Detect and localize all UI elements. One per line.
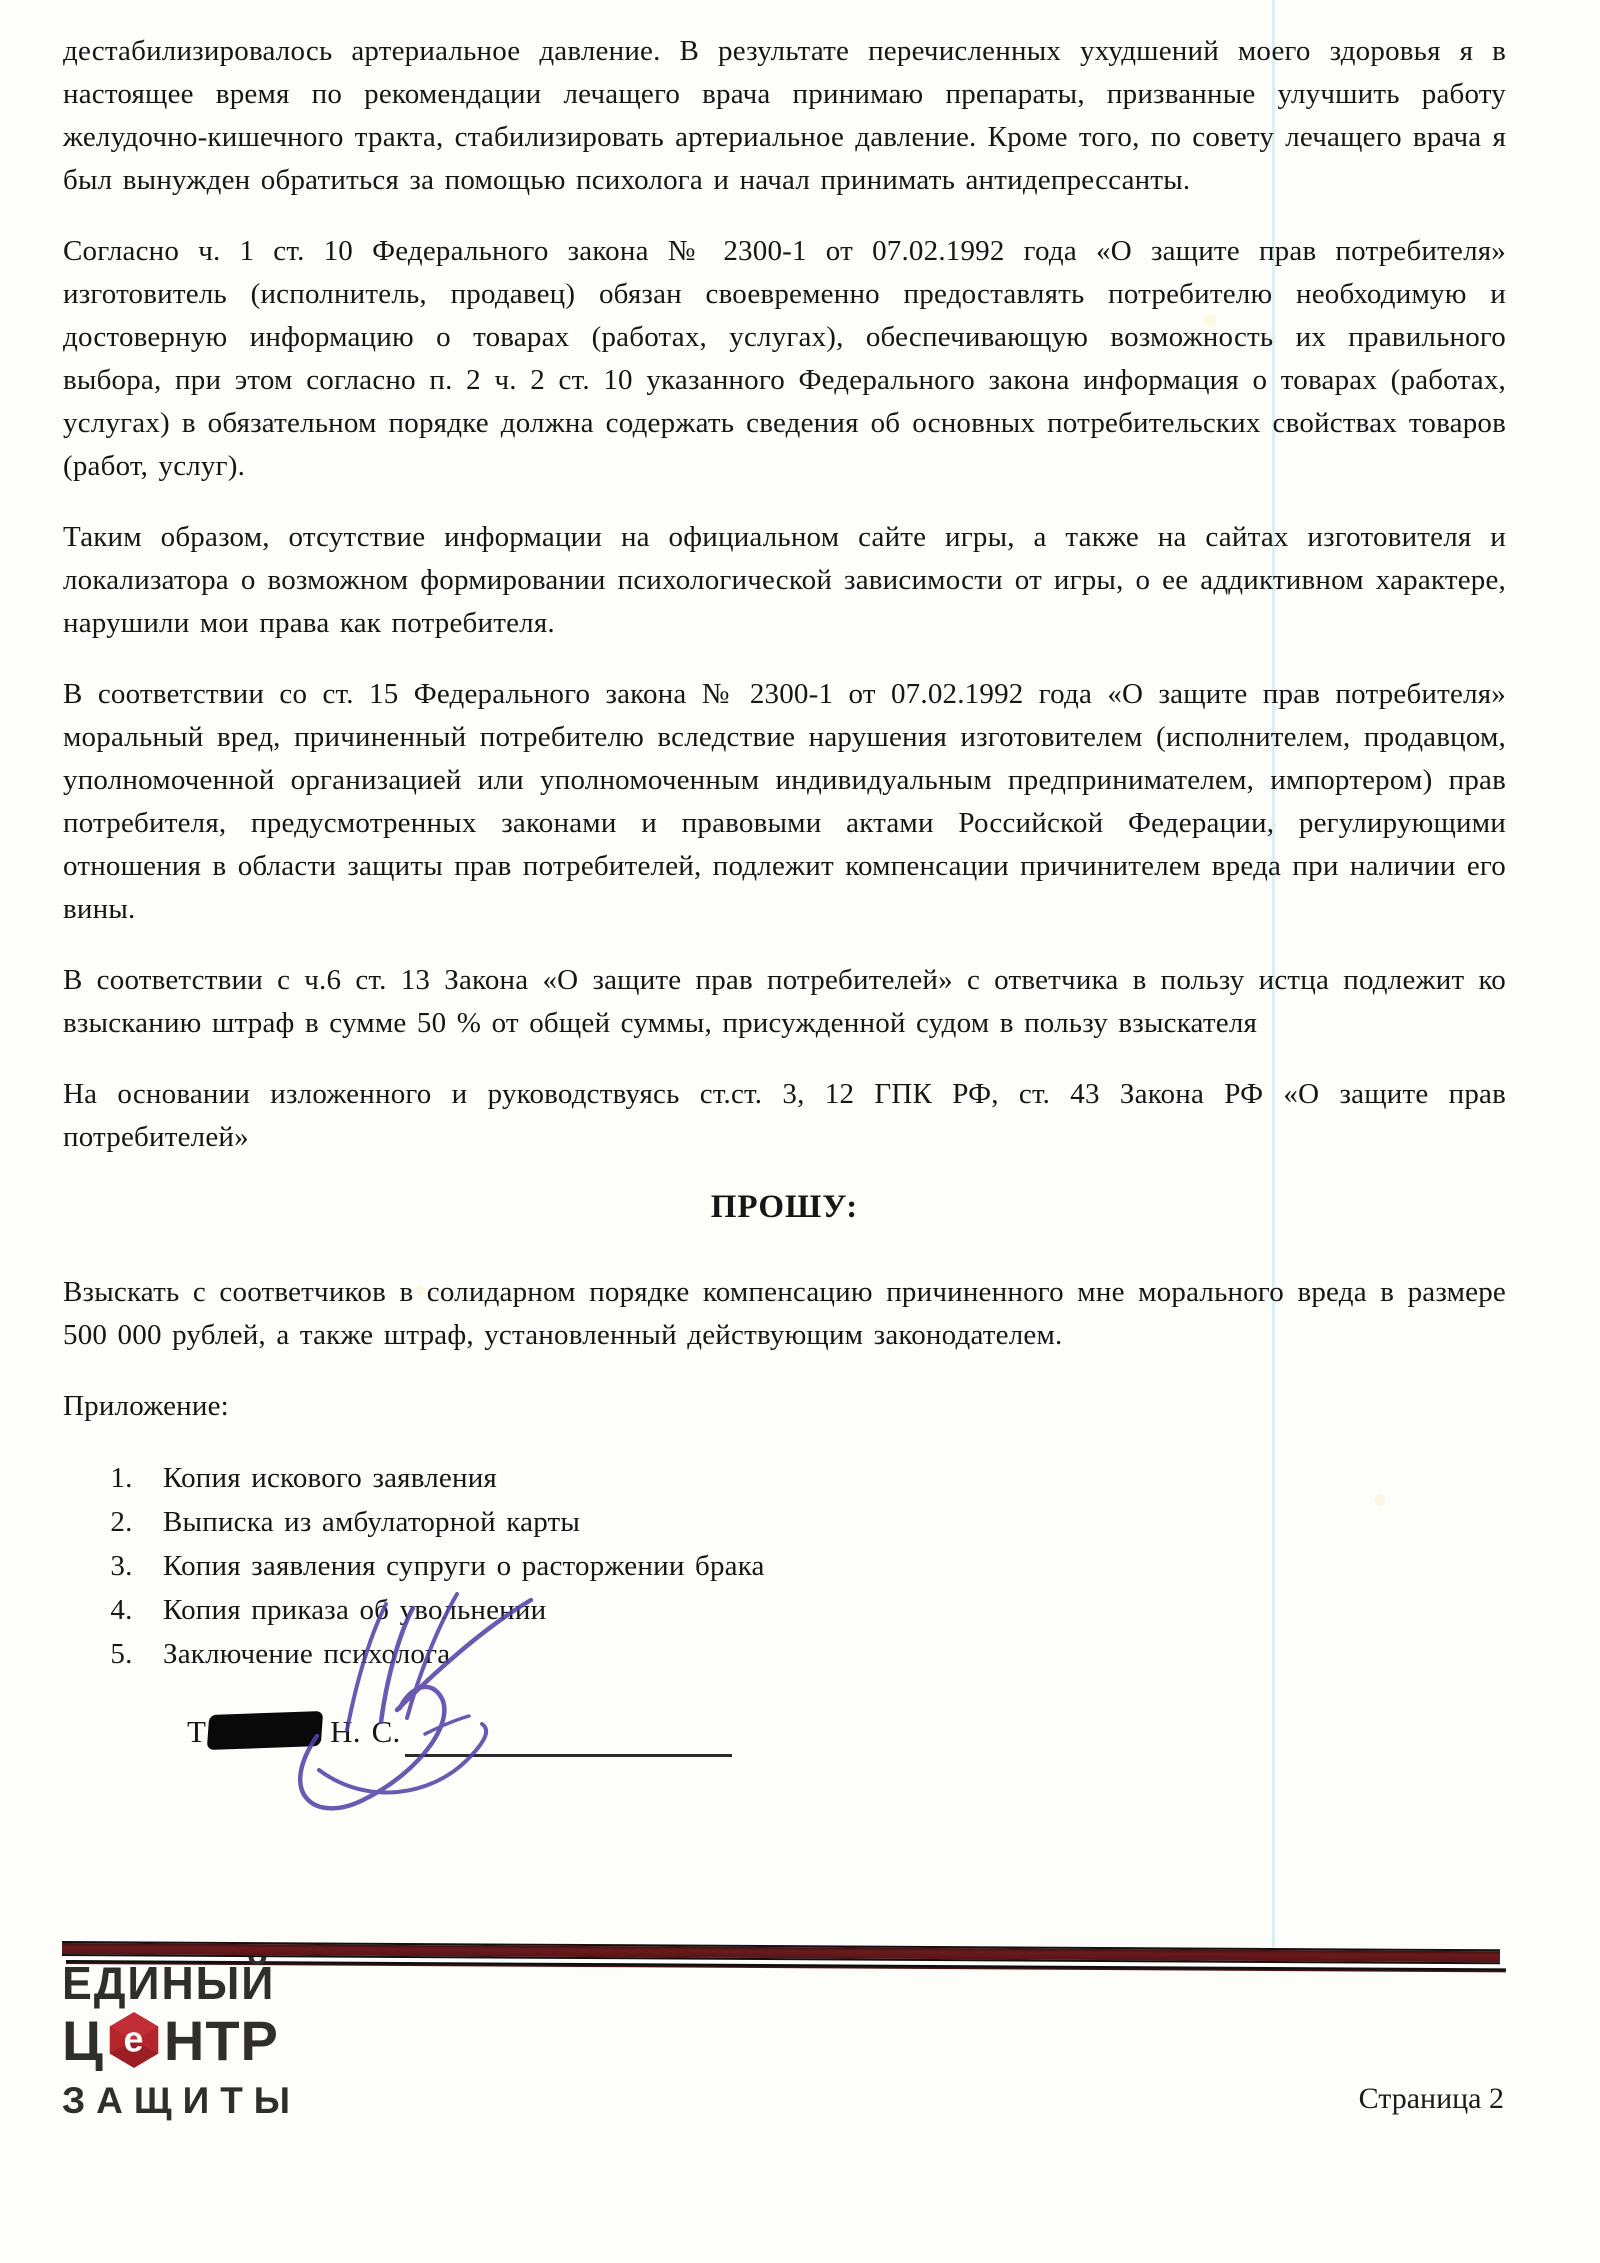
- logo-line2-after: НТР: [164, 2013, 279, 2069]
- scanned-document-page: дестабилизировалось артериальное давлени…: [0, 0, 1600, 2263]
- logo-line2-before: Ц: [62, 2013, 104, 2069]
- paragraph-law-art10: Согласно ч. 1 ст. 10 Федерального закона…: [63, 230, 1506, 488]
- hexagon-e-logo-icon: е: [107, 2010, 161, 2070]
- attachment-item: Копия искового заявления: [143, 1456, 1506, 1500]
- logo-line-3: ЗАЩИТЫ: [62, 2082, 301, 2119]
- attachment-item: Выписка из амбулаторной карты: [143, 1500, 1506, 1544]
- request-heading: ПРОШУ:: [63, 1189, 1506, 1225]
- paragraph-basis: На основании изложенного и руководствуяс…: [63, 1073, 1506, 1159]
- logo-line-2: Ц е НТР: [62, 2011, 301, 2071]
- document-body: дестабилизировалось артериальное давлени…: [63, 30, 1506, 1852]
- signatory-surname-initial: Т: [187, 1714, 206, 1749]
- logo-line-1: ЕДИНЫЙ: [62, 1960, 294, 2006]
- paragraph-violation: Таким образом, отсутствие информации на …: [63, 516, 1506, 645]
- attachments-label: Приложение:: [63, 1385, 1506, 1428]
- paragraph-law-art15: В соответствии со ст. 15 Федерального за…: [63, 673, 1506, 931]
- attachment-item: Копия заявления супруги о расторжении бр…: [143, 1544, 1506, 1588]
- paragraph-request: Взыскать с соответчиков в солидарном пор…: [63, 1271, 1506, 1357]
- handwritten-signature-icon: [259, 1584, 549, 1834]
- paragraph-health: дестабилизировалось артериальное давлени…: [63, 30, 1506, 202]
- svg-text:е: е: [123, 2019, 144, 2060]
- page-number: Страница 2: [1359, 2082, 1504, 2116]
- signature-block: ТН. С.: [63, 1702, 1506, 1852]
- company-logo: ЕДИНЫЙ Ц е НТР ЗАЩИТЫ: [62, 1960, 301, 2119]
- paragraph-law-art13: В соответствии с ч.6 ст. 13 Закона «О за…: [63, 959, 1506, 1045]
